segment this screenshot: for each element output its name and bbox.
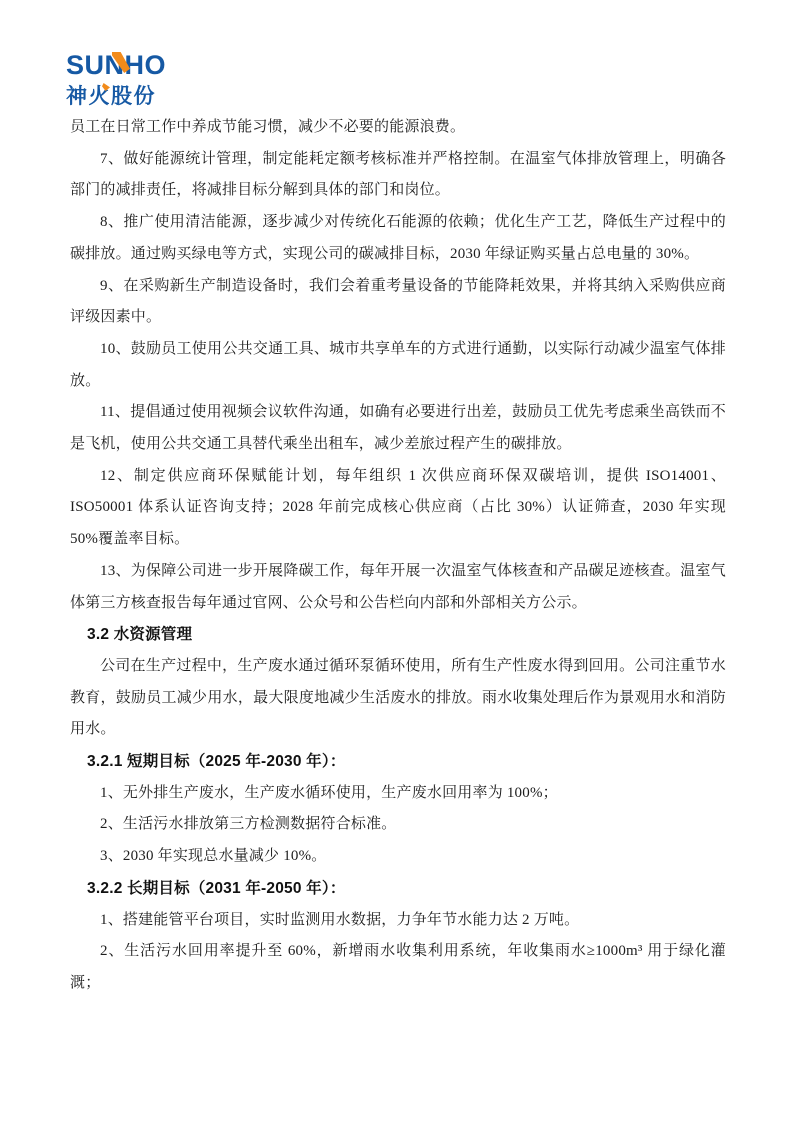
paragraph-item-9: 9、在采购新生产制造设备时，我们会着重考量设备的节能降耗效果，并将其纳入采购供应… bbox=[70, 271, 726, 334]
paragraph-item-11: 11、提倡通过使用视频会议软件沟通，如确有必要进行出差，鼓励员工优先考虑乘坐高铁… bbox=[70, 397, 726, 460]
document-page: SUNHO 神火股份 员工在日常工作中养成节能习惯，减少不必要的能源浪费。 7、… bbox=[0, 0, 794, 1123]
short-term-goal-3: 3、2030 年实现总水量减少 10%。 bbox=[70, 841, 726, 873]
logo-brand-wordmark: SUNHO bbox=[66, 52, 166, 79]
subsection-heading-3-2-1: 3.2.1 短期目标（2025 年-2030 年）： bbox=[70, 746, 726, 778]
paragraph-item-8: 8、推广使用清洁能源，逐步减少对传统化石能源的依赖；优化生产工艺，降低生产过程中… bbox=[70, 207, 726, 270]
paragraph-item-7: 7、做好能源统计管理，制定能耗定额考核标准并严格控制。在温室气体排放管理上，明确… bbox=[70, 144, 726, 207]
paragraph-continuation: 员工在日常工作中养成节能习惯，减少不必要的能源浪费。 bbox=[70, 112, 726, 144]
logo-company-text: 神火股份 bbox=[66, 85, 156, 108]
long-term-goal-1: 1、搭建能管平台项目，实时监测用水数据，力争年节水能力达 2 万吨。 bbox=[70, 905, 726, 937]
section-heading-3-2: 3.2 水资源管理 bbox=[70, 619, 726, 651]
document-body: 员工在日常工作中养成节能习惯，减少不必要的能源浪费。 7、做好能源统计管理，制定… bbox=[70, 112, 726, 1000]
paragraph-water-management: 公司在生产过程中，生产废水通过循环泵循环使用，所有生产性废水得到回用。公司注重节… bbox=[70, 651, 726, 746]
paragraph-item-10: 10、鼓励员工使用公共交通工具、城市共享单车的方式进行通勤，以实际行动减少温室气… bbox=[70, 334, 726, 397]
company-logo: SUNHO 神火股份 bbox=[66, 52, 166, 107]
long-term-goal-2: 2、生活污水回用率提升至 60%，新增雨水收集利用系统，年收集雨水≥1000m³… bbox=[70, 936, 726, 999]
paragraph-item-12: 12、制定供应商环保赋能计划，每年组织 1 次供应商环保双碳培训，提供 ISO1… bbox=[70, 461, 726, 556]
subsection-heading-3-2-2: 3.2.2 长期目标（2031 年-2050 年）： bbox=[70, 873, 726, 905]
short-term-goal-1: 1、无外排生产废水，生产废水循环使用，生产废水回用率为 100%； bbox=[70, 778, 726, 810]
short-term-goal-2: 2、生活污水排放第三方检测数据符合标准。 bbox=[70, 809, 726, 841]
logo-company-wordmark: 神火股份 bbox=[66, 86, 166, 107]
paragraph-item-13: 13、为保障公司进一步开展降碳工作，每年开展一次温室气体核查和产品碳足迹核查。温… bbox=[70, 556, 726, 619]
